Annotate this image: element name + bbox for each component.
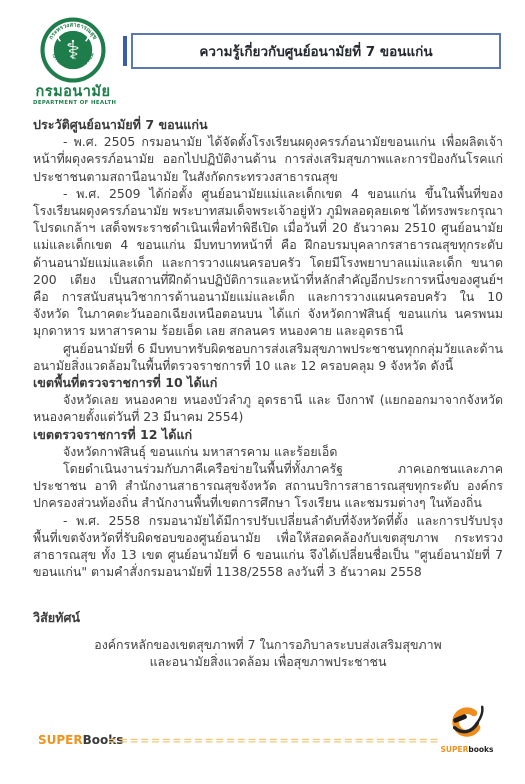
vision-line-1: องค์กรหลักของเขตสุขภาพที่ 7 ในการอภิบาลร…	[33, 636, 503, 654]
history-paragraph-2558: - พ.ศ. 2558 กรมอนามัยได้มีการปรับเปลี่ยน…	[33, 512, 503, 581]
inspection-area-10-provinces: จังหวัดเลย หนองคาย หนองบัวลำภู อุดรธานี …	[33, 391, 503, 425]
network-cooperation-paragraph: โดยดำเนินงานร่วมกับภาคีเครือข่ายในพื้นที…	[33, 460, 503, 512]
logo-books-text: books	[468, 745, 493, 754]
department-name-thai: กรมอนามัย	[33, 85, 113, 100]
responsibility-paragraph: ศูนย์อนามัยที่ 6 มีบทบาทรับผิดชอบการส่งเ…	[33, 340, 503, 374]
logo-super-text: SUPER	[440, 745, 468, 754]
history-paragraph-2505: - พ.ศ. 2505 กรมอนามัย ได้จัดตั้งโรงเรียน…	[33, 133, 503, 185]
inspection-area-12-provinces: จังหวัดกาฬสินธุ์ ขอนแก่น มหาสารคาม และร้…	[33, 443, 503, 460]
vision-statement: องค์กรหลักของเขตสุขภาพที่ 7 ในการอภิบาลร…	[33, 636, 503, 671]
brand-super-text: SUPER	[38, 733, 83, 747]
inspection-area-12-heading: เขตตรวจราชการที่ 12 ได้แก่	[33, 426, 503, 443]
inspection-area-10-heading: เขตพื้นที่ตรวจราชการที่ 10 ได้แก่	[33, 374, 503, 391]
vision-line-2: และอนามัยสิ่งแวดล้อม เพื่อสุขภาพประชาชน	[33, 653, 503, 671]
caduceus-icon: ⚕	[66, 36, 80, 66]
vision-section-heading: วิสัยทัศน์	[33, 609, 503, 626]
ministry-of-public-health-logo: กระทรวงสาธารณสุข MINISTRY OF PUBLIC HEAL…	[33, 16, 113, 107]
department-name-english: DEPARTMENT OF HEALTH	[33, 100, 113, 107]
footer-dashed-divider: ========================================…	[108, 734, 438, 747]
title-accent-bar	[123, 36, 127, 66]
superbooks-logo-right: SUPERbooks	[438, 704, 496, 754]
history-paragraph-2509: - พ.ศ. 2509 ได้ก่อตั้ง ศูนย์อนามัยแม่และ…	[33, 185, 503, 340]
superbooks-logo-text: SUPERbooks	[438, 746, 496, 754]
document-page: กระทรวงสาธารณสุข MINISTRY OF PUBLIC HEAL…	[0, 0, 525, 784]
title-banner: ความรู้เกี่ยวกับศูนย์อนามัยที่ 7 ขอนแก่น	[131, 33, 501, 69]
document-body: ประวัติศูนย์อนามัยที่ 7 ขอนแก่น - พ.ศ. 2…	[33, 116, 503, 671]
history-section-heading: ประวัติศูนย์อนามัยที่ 7 ขอนแก่น	[33, 116, 503, 133]
page-title: ความรู้เกี่ยวกับศูนย์อนามัยที่ 7 ขอนแก่น	[199, 40, 432, 62]
superbooks-swoosh-icon	[448, 704, 486, 742]
ministry-seal-icon: กระทรวงสาธารณสุข MINISTRY OF PUBLIC HEAL…	[39, 16, 107, 84]
